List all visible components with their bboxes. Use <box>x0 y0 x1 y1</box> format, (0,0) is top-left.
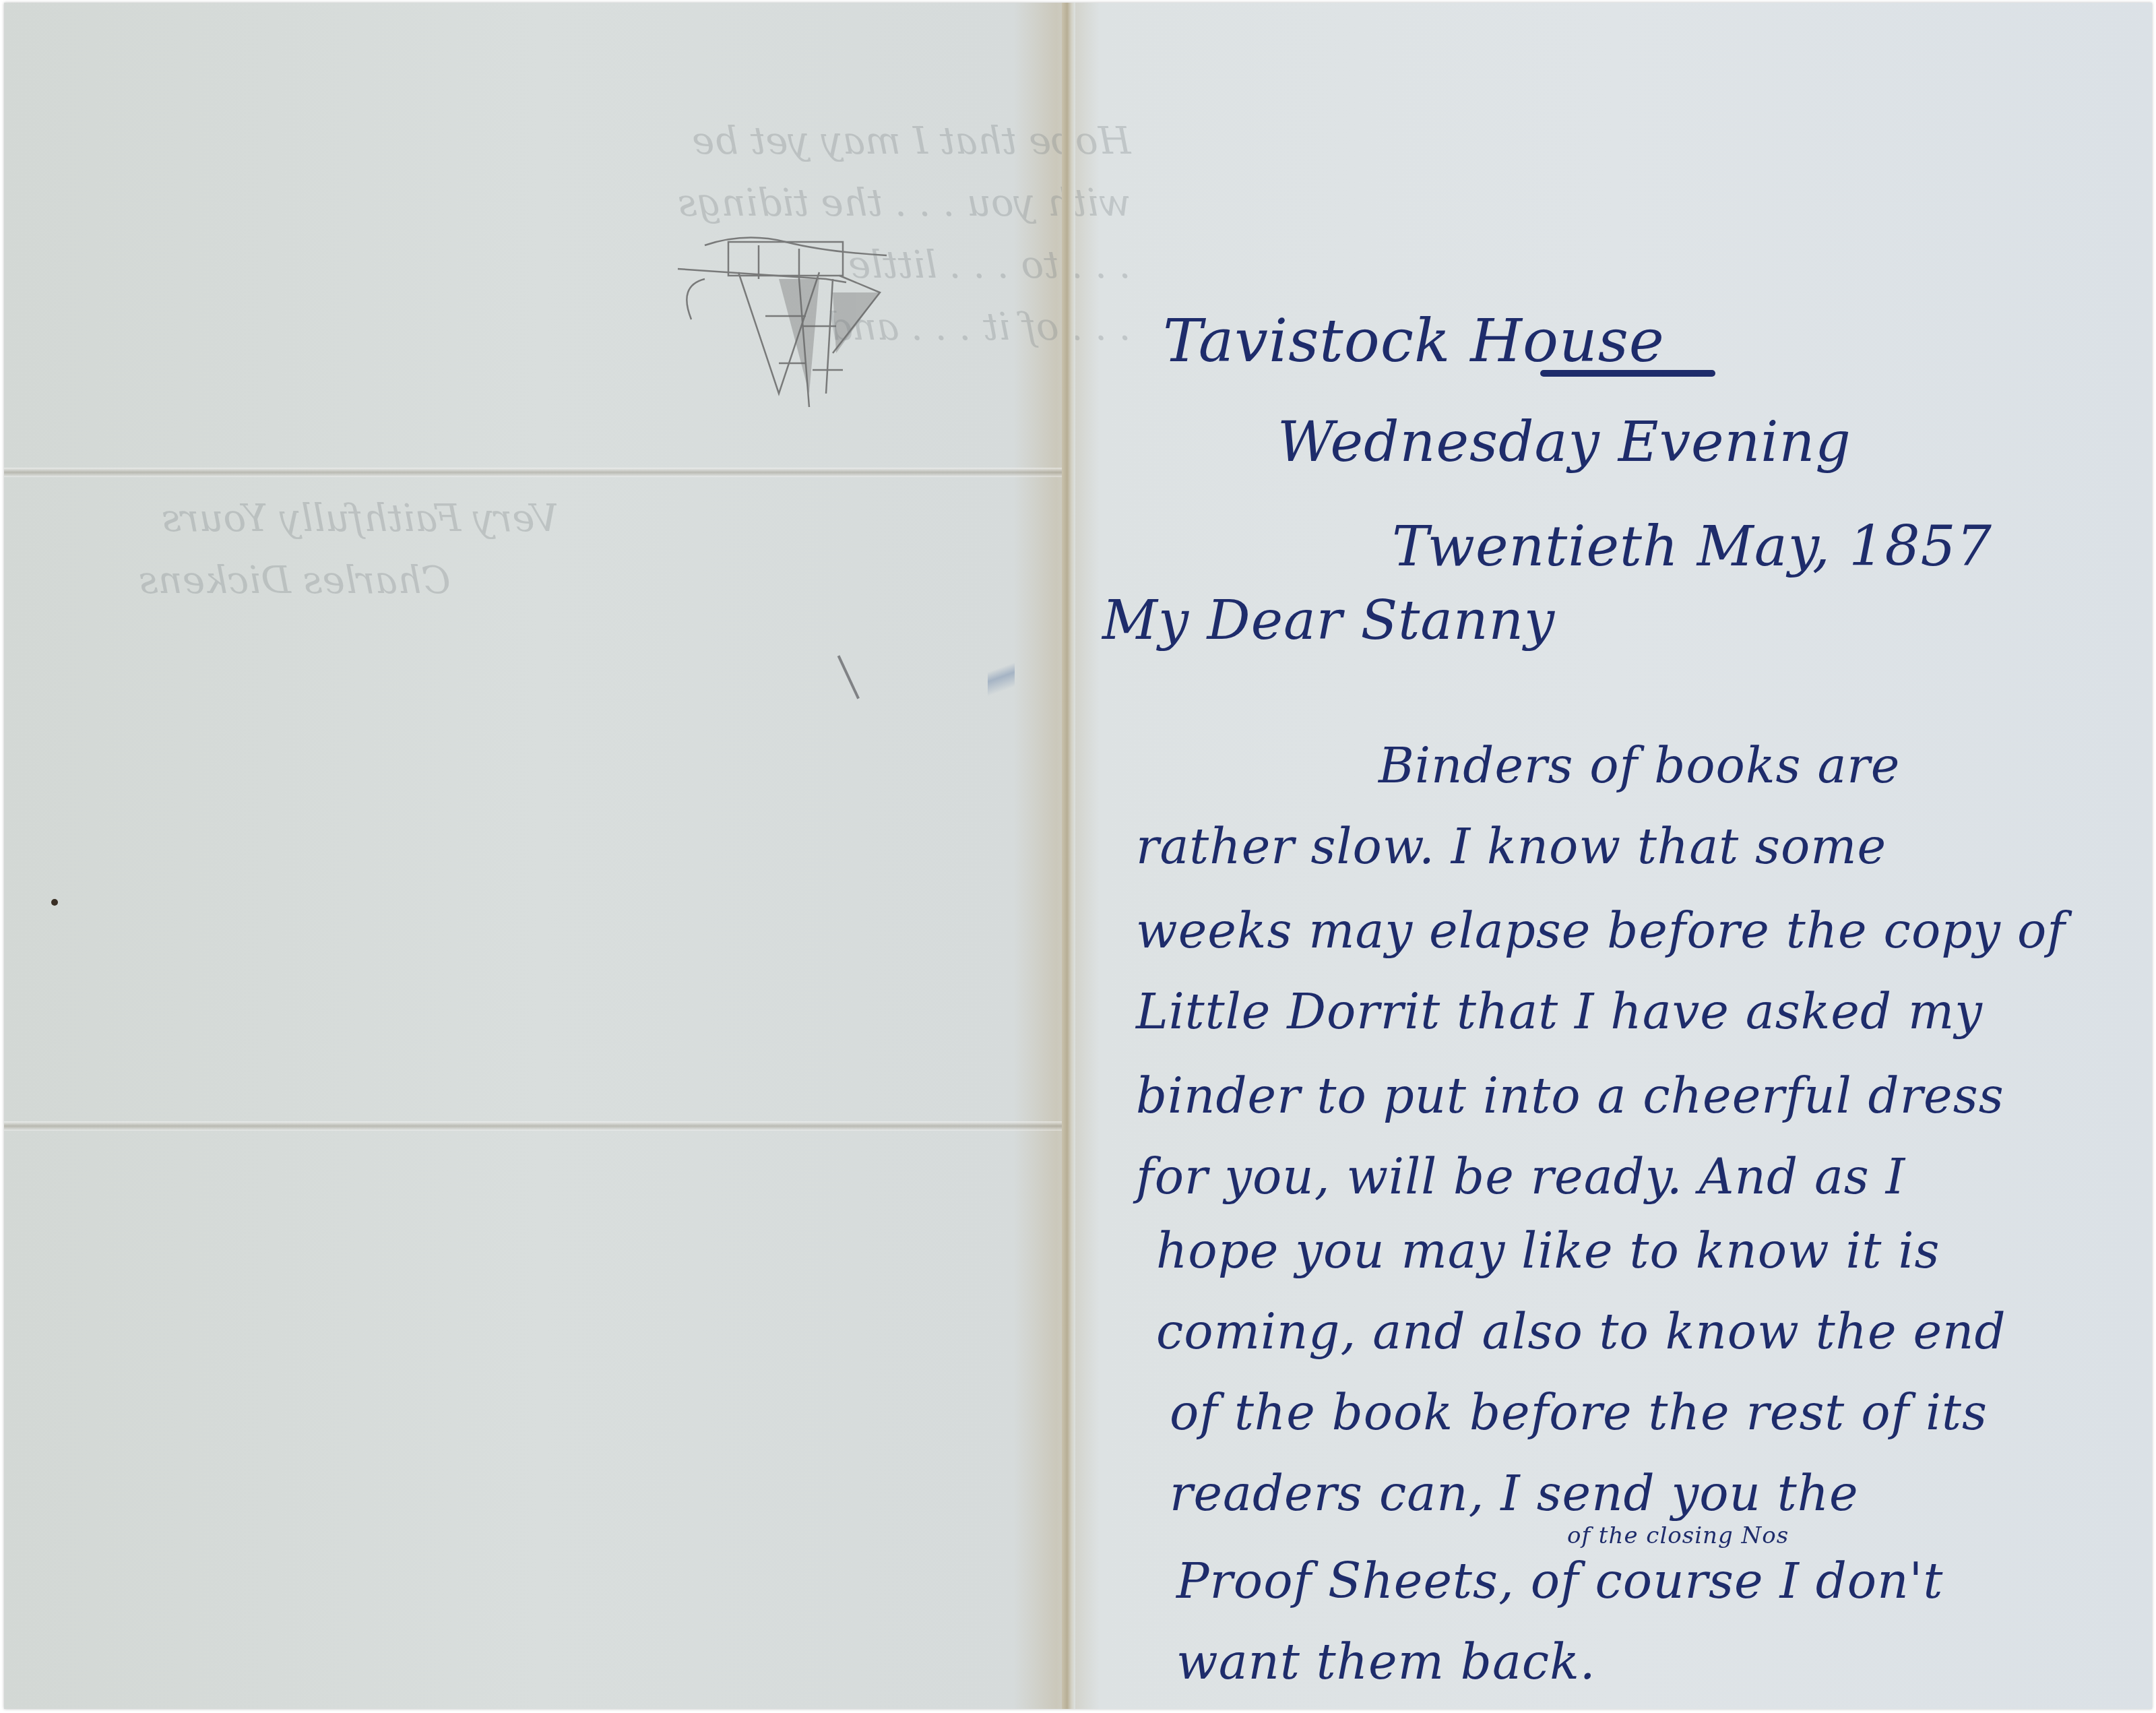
pencil-mark <box>837 648 877 699</box>
right-page: Tavistock House Wednesday Evening Twenti… <box>1075 3 2152 1709</box>
body-line: of the book before the rest of its <box>1170 1384 1988 1441</box>
body-line: weeks may elapse before the copy of <box>1136 902 2066 959</box>
letter-day: Wednesday Evening <box>1277 410 1851 474</box>
ink-smudge <box>988 643 1015 730</box>
body-line: rather slow. I know that some <box>1136 818 1886 875</box>
body-line: hope you may like to know it is <box>1156 1222 1940 1279</box>
body-line: coming, and also to know the end <box>1156 1303 2006 1360</box>
body-line: readers can, I send you the <box>1170 1465 1859 1522</box>
ink-spot <box>51 899 58 906</box>
left-page: Hope that I may yet be with you . . . th… <box>4 3 1062 1709</box>
body-line: for you, will be ready. And as I <box>1136 1148 1905 1205</box>
body-line: Little Dorrit that I have asked my <box>1136 983 1983 1040</box>
sender-address: Tavistock House <box>1163 306 1665 375</box>
center-fold <box>1062 3 1075 1709</box>
body-line: Proof Sheets, of course I don't <box>1176 1553 1943 1609</box>
address-underline <box>1540 370 1715 377</box>
letter-sheet: Hope that I may yet be with you . . . th… <box>4 3 2152 1709</box>
body-line: want them back. <box>1176 1633 1596 1690</box>
horizontal-fold <box>4 1121 1062 1131</box>
horizontal-fold <box>4 468 1062 477</box>
body-line: Binders of books are <box>1378 737 1900 794</box>
body-line: binder to put into a cheerful dress <box>1136 1067 2004 1124</box>
letter-date: Twentieth May, 1857 <box>1392 515 1992 579</box>
letter-text: Tavistock House Wednesday Evening Twenti… <box>1075 3 2152 1709</box>
show-through-signature: Very Faithfully Yours Charles Dickens <box>139 488 559 612</box>
salutation: My Dear Stanny <box>1102 589 1555 652</box>
interlinear-insertion: of the closing Nos <box>1567 1522 1789 1549</box>
